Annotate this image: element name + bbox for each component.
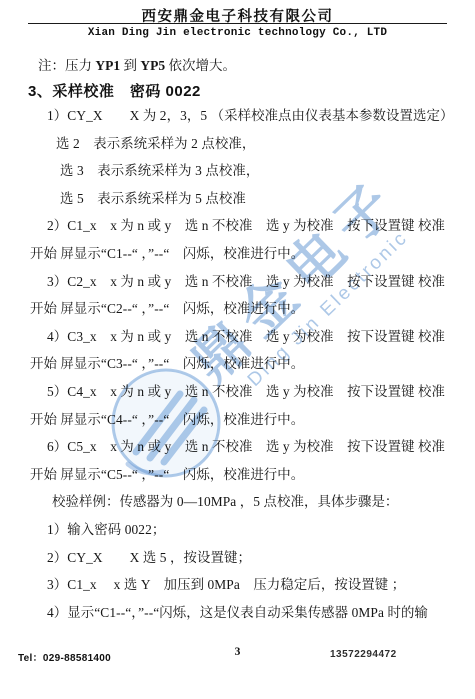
body-text: 1）CY_X X 为 2，3，5 （采样校准点由仪表基本参数设置选定）选 2 表… — [30, 102, 450, 626]
body-line: 选 5 表示系统采样为 5 点校准 — [30, 185, 450, 213]
document-page: 西安鼎金电子科技有限公司 Xian Ding Jin electronic te… — [0, 0, 475, 699]
header-divider — [28, 23, 447, 24]
body-line: 3）C1_x x 选 Y 加压到 0MPa 压力稳定后，按设置键 ； — [30, 571, 450, 599]
body-line: 2）C1_x x 为 n 或 y 选 n 不校准 选 y 为校准 按下设置键 校… — [30, 212, 450, 240]
body-line: 2）CY_X X 选 5 ，按设置键； — [30, 544, 450, 572]
note-yp1: YP1 — [95, 58, 120, 73]
body-line: 3）C2_x x 为 n 或 y 选 n 不校准 选 y 为校准 按下设置键 校… — [30, 268, 450, 296]
body-line: 1）CY_X X 为 2，3，5 （采样校准点由仪表基本参数设置选定） — [30, 102, 450, 130]
footer-mobile: 13572294472 — [330, 649, 397, 660]
footer-telephone: Tel：029-88581400 — [18, 649, 111, 664]
body-line: 校验样例：传感器为 0—10MPa ，5 点校准，具体步骤是： — [30, 488, 450, 516]
body-line: 开始 屏显示“C5--“ ，”--“ 闪烁，校准进行中。 — [30, 461, 450, 489]
body-line: 6）C5_x x 为 n 或 y 选 n 不校准 选 y 为校准 按下设置键 校… — [30, 433, 450, 461]
body-line: 开始 屏显示“C3--“ ，”--“ 闪烁，校准进行中。 — [30, 350, 450, 378]
note-suffix: 依次增大。 — [165, 58, 236, 73]
body-line: 开始 屏显示“C1--“ ，”--“ 闪烁，校准进行中。 — [30, 240, 450, 268]
company-name-en: Xian Ding Jin electronic technology Co.,… — [0, 27, 475, 39]
note-line: 注：压力 YP1 到 YP5 依次增大。 — [38, 54, 236, 74]
body-line: 4）C3_x x 为 n 或 y 选 n 不校准 选 y 为校准 按下设置键 校… — [30, 323, 450, 351]
note-prefix: 注：压力 — [38, 58, 95, 73]
body-line: 选 2 表示系统采样为 2 点校准， — [30, 130, 450, 158]
body-line: 开始 屏显示“C2--“ ，”--“ 闪烁，校准进行中。 — [30, 295, 450, 323]
body-line: 4）显示“C1--“，”--“闪烁，这是仪表自动采集传感器 0MPa 时的输 — [30, 599, 450, 627]
body-line: 1）输入密码 0022； — [30, 516, 450, 544]
body-line: 选 3 表示系统采样为 3 点校准， — [30, 157, 450, 185]
note-mid: 到 — [120, 58, 140, 73]
section-heading: 3、采样校准 密码 0022 — [28, 80, 201, 101]
note-yp5: YP5 — [140, 58, 165, 73]
body-line: 5）C4_x x 为 n 或 y 选 n 不校准 选 y 为校准 按下设置键 校… — [30, 378, 450, 406]
page-number: 3 — [235, 646, 241, 658]
body-line: 开始 屏显示“C4--“ ，”--“ 闪烁，校准进行中。 — [30, 406, 450, 434]
